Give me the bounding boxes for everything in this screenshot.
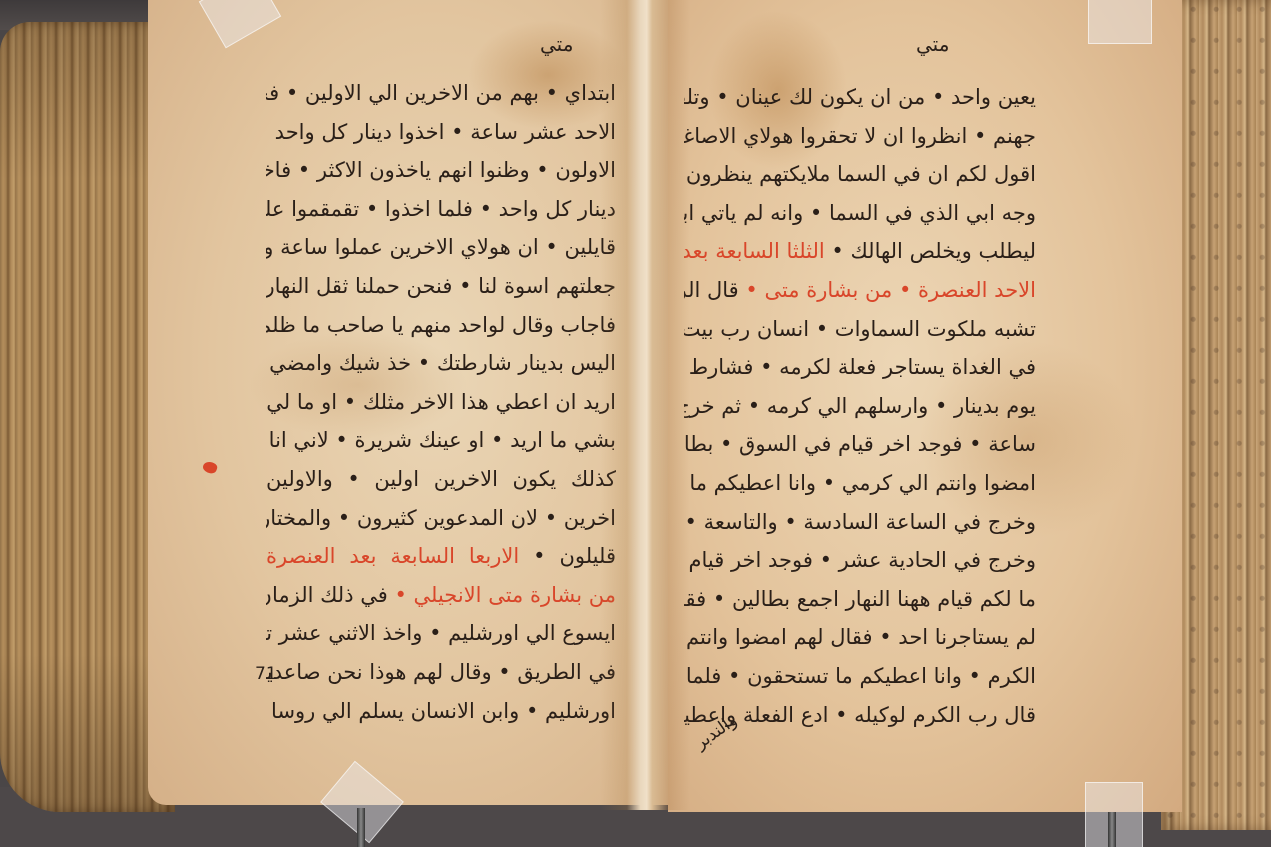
text-line: يوم بدينار • وارسلهم الي كرمه • ثم خرج ف… — [684, 387, 1036, 426]
text-line: امضوا وانتم الي كرمي • وانا اعطيكم ما يج… — [684, 464, 1036, 503]
text-line-rubric: الاحد العنصرة • من بشارة متى • قال الرب … — [684, 271, 1036, 310]
text-line-rubric: ليطلب ويخلص الهالك • الثلثا السابعة بعد — [684, 232, 1036, 271]
rubric-segment: من بشارة متى الانجيلي • — [394, 583, 616, 607]
text-line: وجه ابي الذي في السما • وانه لم ياتي ابن… — [684, 194, 1036, 233]
text-line-rubric: من بشارة متى الانجيلي • في ذلك الزمان • … — [266, 576, 616, 615]
right-page: متي يعين واحد • من ان يكون لك عينان • وت… — [668, 0, 1182, 812]
text-line: قايلين • ان هولاي الاخرين عملوا ساعة واح… — [266, 228, 616, 267]
clip-post — [1108, 812, 1116, 847]
text-segment: قال الرب هذا المثل — [684, 278, 739, 302]
text-line: تشبه ملكوت السماوات • انسان رب بيت • خرج — [684, 310, 1036, 349]
text-line: في الطريق • وقال لهم هوذا نحن صاعدين الي — [266, 653, 616, 692]
text-line: يعين واحد • من ان يكون لك عينان • وتلقا … — [684, 78, 1036, 117]
text-line: ساعة • فوجد اخر قيام في السوق • بطالين •… — [684, 425, 1036, 464]
clip-post — [357, 808, 365, 847]
text-line: الاولون • وظنوا انهم ياخذون الاكثر • فاخ… — [266, 151, 616, 190]
text-line: لم يستاجرنا احد • فقال لهم امضوا وانتم ا… — [684, 618, 1036, 657]
rubric-segment: الاربعا السابعة بعد العنصرة — [266, 544, 519, 568]
text-line: اقول لكم ان في السما ملايكتهم ينظرون كل … — [684, 155, 1036, 194]
text-line: جهنم • انظروا ان لا تحقروا هولاي الاصاغر — [684, 117, 1036, 156]
left-page-header: متي — [540, 32, 573, 56]
text-line: الاحد عشر ساعة • اخذوا دينار كل واحد • ف… — [266, 113, 616, 152]
text-line: دينار كل واحد • فلما اخذوا • تقمقموا علي… — [266, 190, 616, 229]
manuscript-photo: متي ابتداي • بهم من الاخرين الي الاولين … — [0, 0, 1271, 847]
text-line: ايسوع الي اورشليم • واخذ الاثني عشر تلمي… — [266, 614, 616, 653]
text-line: وخرج في الساعة السادسة • والتاسعة • فصنع… — [684, 503, 1036, 542]
book-gutter — [600, 0, 690, 810]
text-line: الكرم • وانا اعطيكم ما تستحقون • فلما كا… — [684, 657, 1036, 696]
text-line: اليس بدينار شارطتك • خذ شيك وامضي انا — [266, 344, 616, 383]
text-line: اريد ان اعطي هذا الاخر مثلك • او ما لي ا… — [266, 383, 616, 422]
text-line: اخرين • لان المدعوين كثيرون • والمختارون — [266, 499, 616, 538]
text-segment: ليطلب ويخلص الهالك • — [831, 239, 1036, 263]
text-line: فاجاب وقال لواحد منهم يا صاحب ما ظلمتك • — [266, 306, 616, 345]
text-line: اورشليم • وابن الانسان يسلم الي روسا الك… — [266, 692, 616, 731]
text-line: ابتداي • بهم من الاخرين الي الاولين • فج… — [266, 74, 616, 113]
rubric-segment: الثلثا السابعة بعد — [684, 239, 825, 263]
text-line: كذلك يكون الاخرين اولين • والاولين — [266, 460, 616, 499]
rubric-segment: الاحد العنصرة • من بشارة متى • — [745, 278, 1036, 302]
folio-number: 71 — [255, 664, 277, 684]
text-line-rubric: قليلون • الاربعا السابعة بعد العنصرة — [266, 537, 616, 576]
left-page: متي ابتداي • بهم من الاخرين الي الاولين … — [148, 0, 670, 805]
left-text-block: ابتداي • بهم من الاخرين الي الاولين • فج… — [266, 74, 616, 730]
text-segment: في ذلك الزمان • صعد — [266, 583, 388, 607]
text-line: ما لكم قيام ههنا النهار اجمع بطالين • فق… — [684, 580, 1036, 619]
text-line: بشي ما اريد • او عينك شريرة • لاني انا ص… — [266, 421, 616, 460]
text-line: جعلتهم اسوة لنا • فنحن حملنا ثقل النهار … — [266, 267, 616, 306]
text-line: وخرج في الحادية عشر • فوجد اخر قيام • فق… — [684, 541, 1036, 580]
text-line: في الغداة يستاجر فعلة لكرمه • فشارط الفع… — [684, 348, 1036, 387]
right-page-header: متي — [916, 32, 949, 56]
acrylic-clip — [1088, 0, 1152, 44]
right-text-block: يعين واحد • من ان يكون لك عينان • وتلقا … — [684, 78, 1036, 734]
